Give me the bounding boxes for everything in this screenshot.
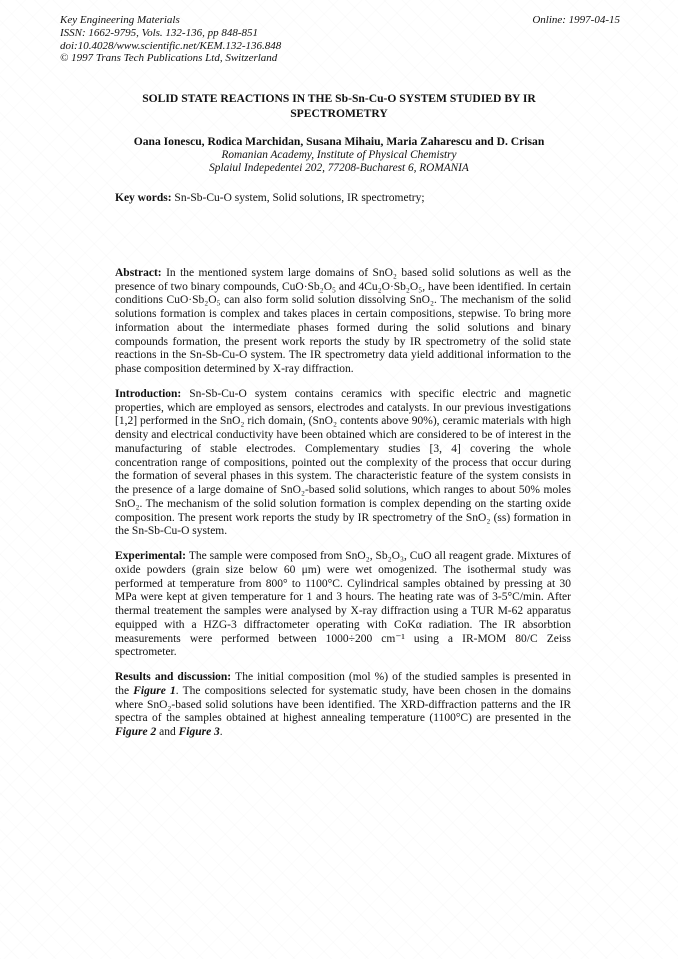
text-segment: Abstract: [115, 267, 166, 279]
paper-title: SOLID STATE REACTIONS IN THE Sb-Sn-Cu-O … [134, 92, 544, 121]
journal-header: Key Engineering Materials ISSN: 1662-979… [60, 14, 620, 65]
text-segment: Figure 3 [179, 726, 220, 738]
text-segment: Experimental: [115, 550, 189, 562]
authors-line: Oana Ionescu, Rodica Marchidan, Susana M… [0, 135, 678, 149]
journal-title: Key Engineering Materials [60, 14, 281, 27]
affiliation-line: Romanian Academy, Institute of Physical … [0, 149, 678, 162]
text-segment: Sn-Sb-Cu-O system contains ceramics with… [115, 388, 571, 538]
text-segment: and [156, 726, 178, 738]
introduction-paragraph: Introduction: Sn-Sb-Cu-O system contains… [115, 388, 571, 539]
copyright-line: © 1997 Trans Tech Publications Ltd, Swit… [60, 52, 281, 65]
text-segment: Figure 1 [133, 685, 176, 697]
keywords-paragraph: Key words: Sn-Sb-Cu-O system, Solid solu… [115, 192, 571, 206]
journal-info-block: Key Engineering Materials ISSN: 1662-979… [60, 14, 281, 65]
paper-page: Key Engineering Materials ISSN: 1662-979… [0, 0, 678, 959]
experimental-paragraph: Experimental: The sample were composed f… [115, 550, 571, 660]
doi-line: doi:10.4028/www.scientific.net/KEM.132-1… [60, 40, 281, 53]
text-segment: Figure 2 [115, 726, 156, 738]
results-paragraph: Results and discussion: The initial comp… [115, 671, 571, 740]
text-segment: Introduction: [115, 388, 189, 400]
text-segment: Sn-Sb-Cu-O system, Solid solutions, IR s… [174, 192, 424, 204]
abstract-paragraph: Abstract: In the mentioned system large … [115, 267, 571, 377]
address-line: Splaiul Indepedentei 202, 77208-Buchares… [0, 162, 678, 175]
text-segment: . The compositions selected for systemat… [115, 685, 571, 725]
issn-line: ISSN: 1662-9795, Vols. 132-136, pp 848-8… [60, 27, 281, 40]
text-segment: Results and discussion: [115, 671, 235, 683]
text-segment: The sample were composed from SnO₂, Sb₂O… [115, 550, 571, 658]
text-segment: Key words: [115, 192, 174, 204]
online-date: Online: 1997-04-15 [532, 14, 620, 27]
paper-body: Key words: Sn-Sb-Cu-O system, Solid solu… [115, 192, 571, 740]
text-segment: In the mentioned system large domains of… [115, 267, 571, 375]
text-segment: . [220, 726, 223, 738]
